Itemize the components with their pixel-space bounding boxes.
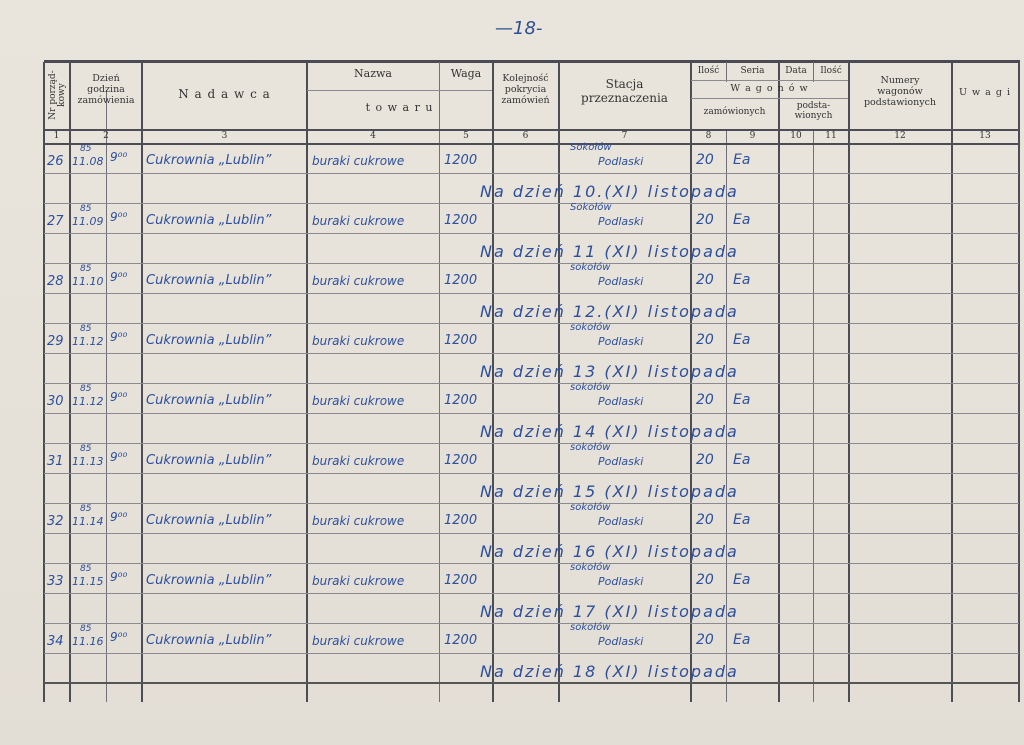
row-rule xyxy=(44,503,1019,504)
col-number: 5 xyxy=(440,131,492,141)
header-text: podstawionych xyxy=(849,98,951,109)
entry-weight: 1200 xyxy=(444,573,477,588)
row-rule xyxy=(44,173,1019,174)
entry-wagon-series: Ea xyxy=(733,452,750,468)
entry-station-line1: sokołów xyxy=(570,562,610,573)
col-divider xyxy=(43,62,45,702)
entry-time: 9⁰⁰ xyxy=(110,510,127,524)
header-rule xyxy=(307,90,492,91)
row-rule xyxy=(44,533,1019,534)
col-number: 12 xyxy=(849,131,951,141)
row-rule xyxy=(44,623,1019,624)
header-text: przeznaczenia xyxy=(559,92,690,106)
entry-wagon-qty: 20 xyxy=(696,572,714,588)
header-wagon-numbers: Numery wagonów podstawionych xyxy=(849,76,951,109)
entry-station-line2: Podlaski xyxy=(598,395,643,408)
entry-day-note: Na dzień 14 (XI) listopada xyxy=(480,422,739,441)
col-number: 2 xyxy=(70,131,142,141)
row-rule xyxy=(44,203,1019,204)
entry-goods: buraki cukrowe xyxy=(312,394,404,408)
header-qty: Ilość xyxy=(691,66,726,76)
entry-time: 9⁰⁰ xyxy=(110,390,127,404)
entry-year: 85 xyxy=(80,144,91,154)
header-rule xyxy=(691,80,848,81)
entry-year: 85 xyxy=(80,204,91,214)
header-text: zamówienia xyxy=(70,96,142,107)
table-top-border xyxy=(44,60,1020,63)
entry-wagon-qty: 20 xyxy=(696,272,714,288)
entry-station-line2: Podlaski xyxy=(598,275,643,288)
entry-weight: 1200 xyxy=(444,153,477,168)
entry-number: 33 xyxy=(47,574,64,589)
entry-station-line1: sokołów xyxy=(570,382,610,393)
entry-goods: buraki cukrowe xyxy=(312,214,404,228)
entry-day-note: Na dzień 16 (XI) listopada xyxy=(480,542,739,561)
row-rule xyxy=(44,263,1019,264)
entry-wagon-qty: 20 xyxy=(696,152,714,168)
header-goods-name: Nazwa xyxy=(307,68,439,81)
entry-weight: 1200 xyxy=(444,333,477,348)
row-rule xyxy=(44,563,1019,564)
col-number: 7 xyxy=(559,131,690,141)
entry-sender: Cukrownia „Lublin” xyxy=(146,393,271,408)
row-rule xyxy=(44,233,1019,234)
entry-year: 85 xyxy=(80,324,91,334)
entry-wagon-series: Ea xyxy=(733,572,750,588)
entry-goods: buraki cukrowe xyxy=(312,334,404,348)
entry-weight: 1200 xyxy=(444,273,477,288)
entry-station-line2: Podlaski xyxy=(598,155,643,168)
col-number: 6 xyxy=(493,131,558,141)
entry-date: 11.09 xyxy=(72,215,104,228)
entry-year: 85 xyxy=(80,564,91,574)
header-order: Kolejność pokrycia zamówień xyxy=(493,74,558,107)
col-divider xyxy=(848,62,850,702)
entry-sender: Cukrownia „Lublin” xyxy=(146,513,271,528)
entry-day-note: Na dzień 11 (XI) listopada xyxy=(480,242,739,261)
col-number: 4 xyxy=(307,131,439,141)
entry-date: 11.08 xyxy=(72,155,104,168)
entry-date: 11.12 xyxy=(72,395,104,408)
entry-station-line2: Podlaski xyxy=(598,455,643,468)
entry-date: 11.14 xyxy=(72,515,104,528)
row-rule xyxy=(44,383,1019,384)
entry-weight: 1200 xyxy=(444,213,477,228)
entry-date: 11.13 xyxy=(72,455,104,468)
col-number: 3 xyxy=(142,131,307,141)
entry-wagon-qty: 20 xyxy=(696,392,714,408)
header-ordered: zamówionych xyxy=(691,107,778,117)
entry-station-line1: sokołów xyxy=(570,322,610,333)
entry-day-note: Na dzień 17 (XI) listopada xyxy=(480,602,739,621)
entry-sender: Cukrownia „Lublin” xyxy=(146,273,271,288)
entry-wagon-series: Ea xyxy=(733,512,750,528)
col-number: 8 xyxy=(691,131,726,141)
entry-wagon-qty: 20 xyxy=(696,452,714,468)
entry-time: 9⁰⁰ xyxy=(110,630,127,644)
entry-wagon-series: Ea xyxy=(733,152,750,168)
entry-weight: 1200 xyxy=(444,513,477,528)
entry-year: 85 xyxy=(80,624,91,634)
header-rule xyxy=(44,143,1019,145)
col-number: 1 xyxy=(44,131,69,141)
entry-year: 85 xyxy=(80,504,91,514)
col-divider xyxy=(951,62,953,702)
header-nr-text: Nr porząd- kowy xyxy=(48,70,67,119)
entry-date: 11.10 xyxy=(72,275,104,288)
entry-wagon-qty: 20 xyxy=(696,332,714,348)
entry-weight: 1200 xyxy=(444,453,477,468)
entry-weight: 1200 xyxy=(444,633,477,648)
header-nr: Nr porząd- kowy xyxy=(49,64,68,126)
entry-wagon-series: Ea xyxy=(733,272,750,288)
entry-wagon-series: Ea xyxy=(733,392,750,408)
header-series: Seria xyxy=(727,66,778,76)
entry-goods: buraki cukrowe xyxy=(312,454,404,468)
entry-day-note: Na dzień 12.(XI) listopada xyxy=(480,302,739,321)
header-goods: t o w a r u xyxy=(307,102,492,115)
entry-wagon-qty: 20 xyxy=(696,212,714,228)
entry-sender: Cukrownia „Lublin” xyxy=(146,573,271,588)
entry-weight: 1200 xyxy=(444,393,477,408)
entry-time: 9⁰⁰ xyxy=(110,150,127,164)
header-supplied: podsta- wionych xyxy=(779,101,848,122)
entry-year: 85 xyxy=(80,264,91,274)
entry-goods: buraki cukrowe xyxy=(312,514,404,528)
col-divider xyxy=(141,62,143,702)
entry-station-line1: Sokołów xyxy=(570,202,612,213)
table-bottom-rule xyxy=(44,682,1019,684)
entry-day-note: Na dzień 10.(XI) listopada xyxy=(480,182,739,201)
entry-station-line2: Podlaski xyxy=(598,335,643,348)
col-divider xyxy=(69,62,71,702)
entry-day-note: Na dzień 13 (XI) listopada xyxy=(480,362,739,381)
entry-sender: Cukrownia „Lublin” xyxy=(146,153,271,168)
header-day-hour: Dzień godzina zamówienia xyxy=(70,74,142,107)
col-divider xyxy=(1018,62,1020,702)
entry-goods: buraki cukrowe xyxy=(312,274,404,288)
entry-number: 26 xyxy=(47,154,64,169)
entry-station-line2: Podlaski xyxy=(598,635,643,648)
header-rule xyxy=(691,98,848,99)
entry-sender: Cukrownia „Lublin” xyxy=(146,333,271,348)
entry-station-line1: sokołów xyxy=(570,622,610,633)
row-rule xyxy=(44,353,1019,354)
col-number: 13 xyxy=(952,131,1018,141)
entry-wagon-series: Ea xyxy=(733,632,750,648)
col-number: 9 xyxy=(727,131,778,141)
entry-sender: Cukrownia „Lublin” xyxy=(146,213,271,228)
row-rule xyxy=(44,413,1019,414)
entry-number: 27 xyxy=(47,214,64,229)
col-divider xyxy=(813,130,814,702)
entry-station-line1: sokołów xyxy=(570,262,610,273)
entry-day-note: Na dzień 18 (XI) listopada xyxy=(480,662,739,681)
entry-goods: buraki cukrowe xyxy=(312,154,404,168)
header-weight: Waga xyxy=(440,68,492,81)
entry-time: 9⁰⁰ xyxy=(110,210,127,224)
col-divider xyxy=(439,62,440,702)
entry-sender: Cukrownia „Lublin” xyxy=(146,453,271,468)
entry-time: 9⁰⁰ xyxy=(110,270,127,284)
entry-number: 32 xyxy=(47,514,64,529)
entry-time: 9⁰⁰ xyxy=(110,570,127,584)
row-rule xyxy=(44,293,1019,294)
entry-date: 11.15 xyxy=(72,575,104,588)
header-station: Stacja przeznaczenia xyxy=(559,78,690,106)
col-divider xyxy=(106,90,107,702)
col-number: 11 xyxy=(814,131,848,141)
header-wagons: W a g o n ó w xyxy=(691,84,848,95)
row-rule xyxy=(44,593,1019,594)
entry-number: 29 xyxy=(47,334,64,349)
header-date: Data xyxy=(779,66,813,76)
entry-wagon-series: Ea xyxy=(733,332,750,348)
header-text: podsta- xyxy=(779,101,848,111)
header-text: Stacja xyxy=(559,78,690,92)
entry-station-line1: sokołów xyxy=(570,442,610,453)
entry-year: 85 xyxy=(80,384,91,394)
entry-day-note: Na dzień 15 (XI) listopada xyxy=(480,482,739,501)
entry-time: 9⁰⁰ xyxy=(110,330,127,344)
entry-station-line1: Sokołów xyxy=(570,142,612,153)
entry-wagon-series: Ea xyxy=(733,212,750,228)
entry-number: 34 xyxy=(47,634,64,649)
entry-year: 85 xyxy=(80,444,91,454)
entry-station-line2: Podlaski xyxy=(598,575,643,588)
col-number: 10 xyxy=(779,131,813,141)
entry-station-line2: Podlaski xyxy=(598,215,643,228)
entry-station-line1: sokołów xyxy=(570,502,610,513)
entry-number: 30 xyxy=(47,394,64,409)
header-text: zamówień xyxy=(493,96,558,107)
row-rule xyxy=(44,443,1019,444)
header-remarks: U w a g i xyxy=(952,88,1018,99)
header-text: wionych xyxy=(779,111,848,121)
col-divider xyxy=(306,62,308,702)
entry-wagon-qty: 20 xyxy=(696,512,714,528)
page-number: —18- xyxy=(495,18,542,39)
header-qty2: Ilość xyxy=(814,66,848,76)
row-rule xyxy=(44,653,1019,654)
entry-station-line2: Podlaski xyxy=(598,515,643,528)
entry-date: 11.12 xyxy=(72,335,104,348)
entry-sender: Cukrownia „Lublin” xyxy=(146,633,271,648)
ledger-page: —18- Nr porząd- kowy Dzień godzina zamów… xyxy=(0,0,1024,745)
entry-wagon-qty: 20 xyxy=(696,632,714,648)
row-rule xyxy=(44,323,1019,324)
entry-date: 11.16 xyxy=(72,635,104,648)
col-divider xyxy=(778,62,780,702)
header-sender: N a d a w c a xyxy=(142,88,307,102)
entry-number: 28 xyxy=(47,274,64,289)
entry-number: 31 xyxy=(47,454,64,469)
entry-goods: buraki cukrowe xyxy=(312,634,404,648)
entry-goods: buraki cukrowe xyxy=(312,574,404,588)
row-rule xyxy=(44,473,1019,474)
entry-time: 9⁰⁰ xyxy=(110,450,127,464)
